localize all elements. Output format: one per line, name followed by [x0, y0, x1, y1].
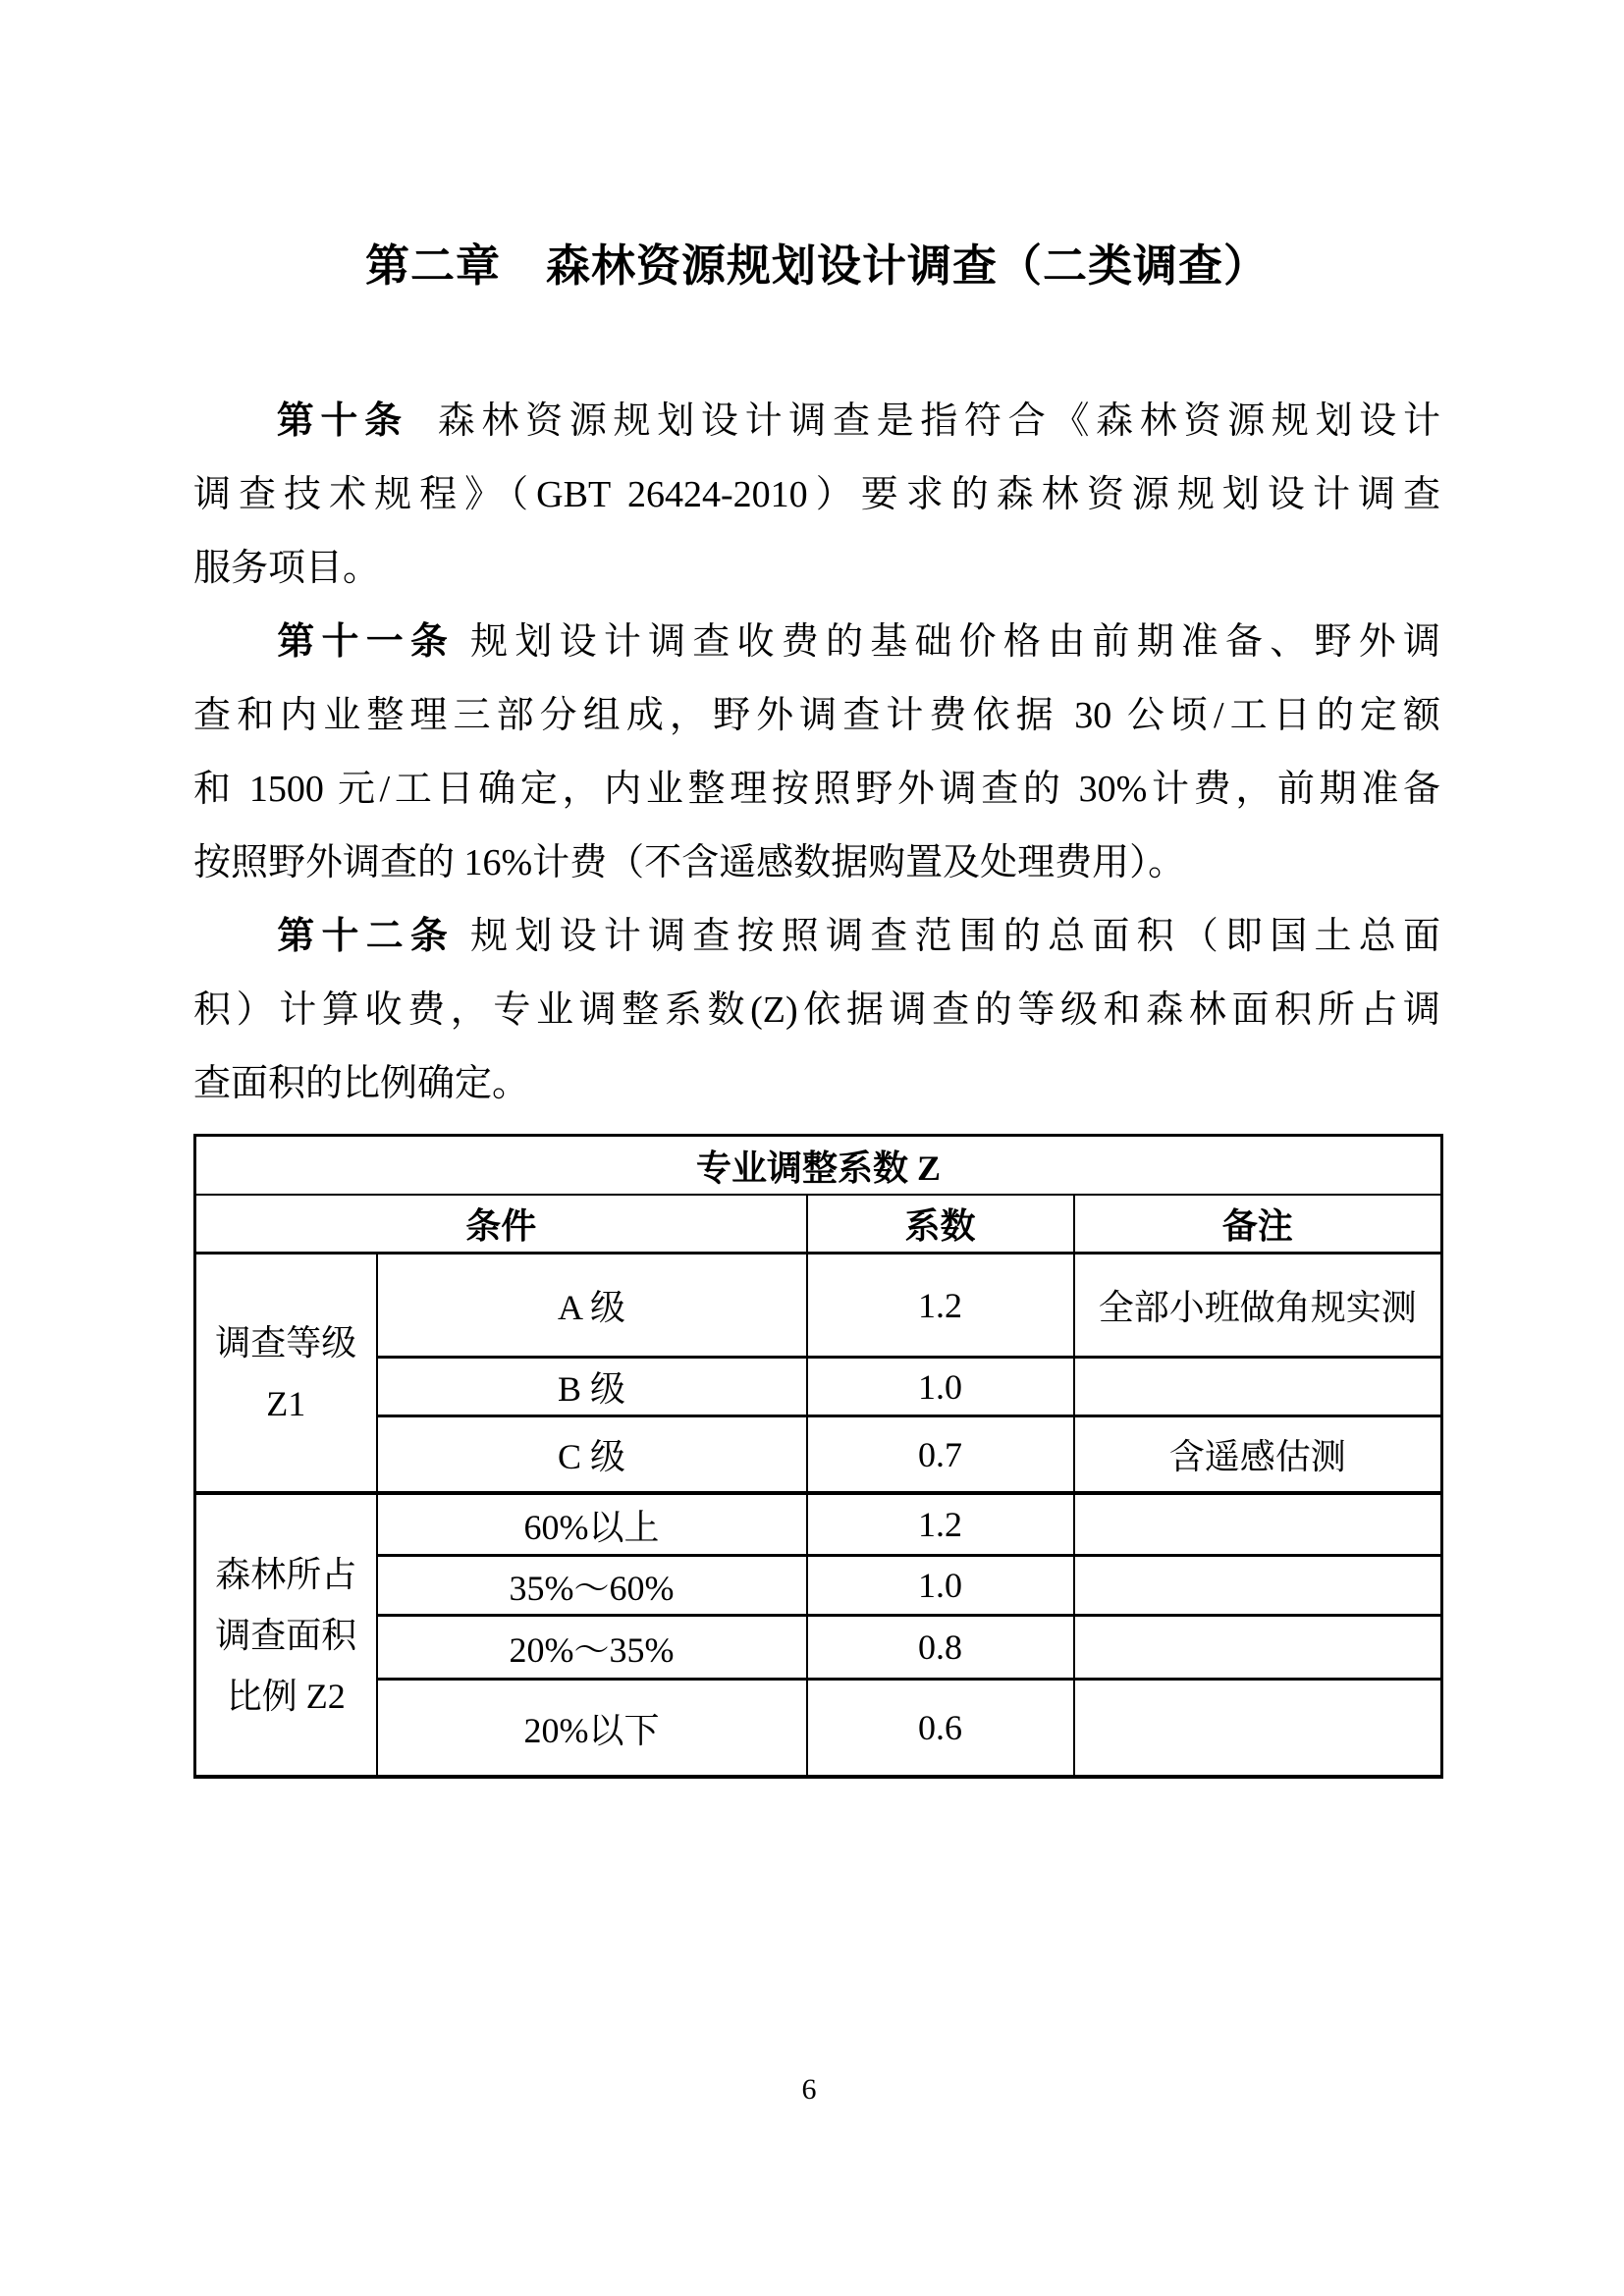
paragraph-text: 规划设计调查收费的基础价格由前期准备、野外调 — [470, 621, 1440, 663]
coefficient-cell: 1.0 — [807, 1358, 1074, 1416]
chapter-title: 第二章 森林资源规划设计调查（二类调查） — [193, 230, 1440, 294]
table-title: 专业调整系数 Z — [195, 1136, 1442, 1196]
remark-cell — [1074, 1556, 1442, 1616]
paragraph-line: 按照野外调查的 16%计费（不含遥感数据购置及处理费用）。 — [193, 827, 1440, 900]
article-number: 第十一条 — [270, 621, 455, 663]
paragraph-text: 和 1500 元/工日确定，内业整理按照野外调查的 30%计费，前期准备 — [193, 769, 1440, 810]
paragraph-line: 第十条森林资源规划设计调查是指符合《森林资源规划设计 — [193, 385, 1440, 458]
remark-cell — [1074, 1493, 1442, 1556]
table-row: B 级 1.0 — [195, 1358, 1442, 1416]
paragraph-text: 查和内业整理三部分组成，野外调查计费依据 30 公顷/工日的定额 — [193, 695, 1440, 736]
coefficient-table-wrapper: 专业调整系数 Z 条件 系数 备注 调查等级 Z1 A 级 1.2 全部小班做角… — [193, 1134, 1443, 1779]
remark-cell: 全部小班做角规实测 — [1074, 1254, 1442, 1358]
table-row: 35%～60% 1.0 — [195, 1556, 1442, 1616]
paragraph-line: 服务项目。 — [193, 532, 1440, 606]
col-header-coefficient: 系数 — [807, 1195, 1074, 1254]
col-header-remark: 备注 — [1074, 1195, 1442, 1254]
condition-cell: A 级 — [377, 1254, 807, 1358]
first-line-indent — [193, 947, 270, 948]
paragraph-line: 第十二条规划设计调查按照调查范围的总面积（即国土总面 — [193, 900, 1440, 974]
table-row: 20%以下 0.6 — [195, 1680, 1442, 1778]
paragraph-line: 积）计算收费，专业调整系数(Z)依据调查的等级和森林面积所占调 — [193, 974, 1440, 1047]
row-group-label-z1: 调查等级 Z1 — [195, 1254, 377, 1494]
paragraph-line: 调查技术规程》（GBT 26424-2010）要求的森林资源规划设计调查 — [193, 458, 1440, 532]
row-group-label-z2: 森林所占 调查面积 比例 Z2 — [195, 1493, 377, 1777]
table-row: C 级 0.7 含遥感估测 — [195, 1416, 1442, 1494]
remark-cell — [1074, 1358, 1442, 1416]
table-row: 调查等级 Z1 A 级 1.2 全部小班做角规实测 — [195, 1254, 1442, 1358]
table-row: 森林所占 调查面积 比例 Z2 60%以上 1.2 — [195, 1493, 1442, 1556]
col-header-condition: 条件 — [195, 1195, 807, 1254]
condition-cell: 20%～35% — [377, 1616, 807, 1680]
table-row: 20%～35% 0.8 — [195, 1616, 1442, 1680]
paragraph-text: 森林资源规划设计调查是指符合《森林资源规划设计 — [438, 400, 1440, 442]
condition-cell: 60%以上 — [377, 1493, 807, 1556]
coefficient-cell: 1.2 — [807, 1254, 1074, 1358]
paragraph-text: 查面积的比例确定。 — [193, 1063, 529, 1104]
paragraph-text: 服务项目。 — [193, 548, 380, 589]
coefficient-cell: 1.2 — [807, 1493, 1074, 1556]
remark-cell: 含遥感估测 — [1074, 1416, 1442, 1494]
paragraph-text: 按照野外调查的 16%计费（不含遥感数据购置及处理费用）。 — [193, 842, 1185, 883]
paragraph-text: 规划设计调查按照调查范围的总面积（即国土总面 — [470, 916, 1440, 957]
coefficient-cell: 1.0 — [807, 1556, 1074, 1616]
condition-cell: 20%以下 — [377, 1680, 807, 1778]
remark-cell — [1074, 1680, 1442, 1778]
condition-cell: C 级 — [377, 1416, 807, 1494]
first-line-indent — [193, 653, 270, 654]
page-number: 6 — [193, 2073, 1425, 2107]
table-title-row: 专业调整系数 Z — [195, 1136, 1442, 1196]
paragraph-text: 积）计算收费，专业调整系数(Z)依据调查的等级和森林面积所占调 — [193, 989, 1440, 1031]
paragraph-text: 调查技术规程》（GBT 26424-2010）要求的森林资源规划设计调查 — [193, 474, 1440, 515]
paragraph-line: 第十一条规划设计调查收费的基础价格由前期准备、野外调 — [193, 606, 1440, 679]
article-number: 第十二条 — [270, 916, 455, 957]
condition-cell: 35%～60% — [377, 1556, 807, 1616]
paragraph-line: 查和内业整理三部分组成，野外调查计费依据 30 公顷/工日的定额 — [193, 679, 1440, 753]
coefficient-cell: 0.6 — [807, 1680, 1074, 1778]
coefficient-cell: 0.8 — [807, 1616, 1074, 1680]
article-number: 第十条 — [270, 400, 408, 442]
first-line-indent — [193, 432, 270, 433]
paragraph-line: 和 1500 元/工日确定，内业整理按照野外调查的 30%计费，前期准备 — [193, 753, 1440, 827]
remark-cell — [1074, 1616, 1442, 1680]
document-page: 第二章 森林资源规划设计调查（二类调查） 第十条森林资源规划设计调查是指符合《森… — [0, 0, 1624, 2296]
table-header-row: 条件 系数 备注 — [195, 1195, 1442, 1254]
condition-cell: B 级 — [377, 1358, 807, 1416]
coefficient-cell: 0.7 — [807, 1416, 1074, 1494]
paragraph-line: 查面积的比例确定。 — [193, 1047, 1440, 1121]
adjustment-coefficient-table: 专业调整系数 Z 条件 系数 备注 调查等级 Z1 A 级 1.2 全部小班做角… — [193, 1134, 1443, 1779]
document-body: 第十条森林资源规划设计调查是指符合《森林资源规划设计 调查技术规程》（GBT 2… — [193, 385, 1440, 1121]
